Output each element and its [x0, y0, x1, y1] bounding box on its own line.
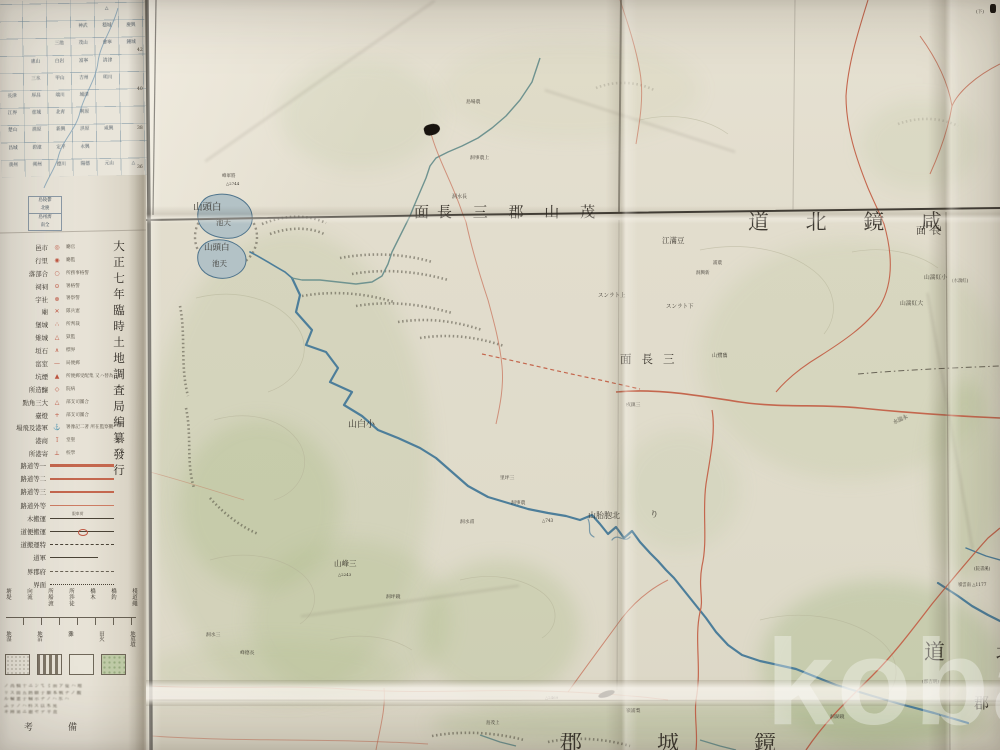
index-cell: 茂山: [71, 35, 95, 53]
legend-row-label: 點角三大: [2, 398, 48, 407]
legend-row: 行里 ◉ 廳監: [2, 254, 142, 267]
legend-row-label: 廟: [2, 307, 48, 316]
index-cell: [47, 18, 71, 36]
inset-box-jejudo: 島州濟 南全: [28, 213, 62, 231]
road-row-sample: [50, 505, 114, 506]
terrain-col-label: 地沼: [35, 631, 43, 647]
place-label: 洞興新: [696, 272, 710, 277]
index-cell: 端川: [48, 87, 72, 105]
legend-road-row: 路道等三: [2, 485, 140, 498]
place-label: 峰軍將: [222, 175, 236, 180]
legend-row: 所造釀 ◇ 院病: [2, 383, 142, 396]
legend-row: 落部合 ○ 所務事格警: [2, 267, 142, 280]
index-cell: 清津: [95, 52, 119, 70]
legend-row: 垣石 ∧ 標界: [2, 344, 142, 357]
swatch-shoal: [69, 654, 94, 675]
legend-row: 雉城 △ 獄監: [2, 331, 142, 344]
legend-road-row: 道軍: [2, 551, 140, 564]
index-cell: 江界: [0, 105, 24, 123]
index-cell: 長津: [0, 88, 24, 106]
index-cell: 厚昌: [24, 87, 48, 105]
index-cell: [96, 103, 120, 121]
legend-road-rows: 路道等一 路道等二 路道等三 路道外等 木搬運 限車荷 道便搬運 道搬運特: [2, 459, 140, 591]
place-label-sunrato-lower: スンラト下: [666, 305, 694, 311]
index-cell: [96, 86, 120, 104]
index-cell: 利原: [72, 104, 96, 122]
road-row-sample: [50, 464, 114, 467]
legend-row-symbol: △: [48, 334, 66, 341]
legend-note-line: リス面五熱願子願本戰ナノ觀: [4, 691, 130, 698]
legend-row: 廟 ✕ 隊兵憲: [2, 305, 142, 318]
legend-row: 坑煙 ▲ 所便郵受配集 又ハ替為: [2, 370, 142, 383]
streams: [292, 58, 736, 750]
index-cell: 穩城: [95, 17, 119, 35]
legend-terrain-swatches: [5, 654, 126, 675]
road-row-label: 路道等一: [2, 461, 46, 470]
legend-row-label: 窰室: [2, 359, 48, 368]
peak-label-sobaeksan: 山白小: [348, 421, 375, 430]
elevation-label: △2243: [338, 573, 351, 577]
legend-row-symbol: ⊙: [48, 283, 66, 290]
index-cell: [0, 53, 24, 71]
lake-label-cheonji-2: 池天: [212, 260, 227, 268]
index-cell: 慈城: [24, 105, 48, 123]
index-cell: 富寧: [71, 52, 95, 70]
road-row-sample: [50, 557, 98, 558]
swatch-firefield: [37, 654, 62, 675]
legend-row-label: 落部合: [2, 269, 48, 278]
road-row-sample: [50, 531, 114, 532]
bridge-col-label: 向流: [25, 588, 33, 607]
legend-row-label: 祠祠: [2, 282, 48, 291]
legend-row-label: 行里: [2, 256, 48, 265]
legend-road-row: 木搬運 限車荷: [2, 512, 140, 525]
index-cell: 永興: [73, 138, 97, 156]
legend-note-line: キ陣第ニ題セテ平査: [4, 710, 130, 717]
road-row-label: 道便搬運: [2, 527, 46, 536]
road-row-sample: [50, 478, 114, 480]
legend-row-symbol: ▲: [48, 373, 66, 380]
legend-row-symbol: ◎: [48, 244, 66, 251]
place-label: 洞水甫: [460, 521, 474, 526]
index-cell: [23, 19, 47, 37]
legend-row-symbol: ✕: [48, 308, 66, 315]
place-label: 洞事農: [511, 502, 525, 507]
index-sheet-names: △神武穩城慶興三池茂山會寧鍾城惠山白岩富寧清津三水甲山吉州明川長津厚昌端川城津江…: [0, 0, 145, 174]
road-row-note: 限車荷: [72, 511, 83, 517]
legend-row: 宇社 ⊗ 署察警: [2, 293, 142, 306]
fold-shadow-top: [146, 206, 1000, 224]
index-cell: 城津: [72, 87, 96, 105]
legend-row-symbol: ⊗: [48, 296, 66, 303]
index-cell: 惠山: [23, 53, 47, 71]
legend-road-row: 道便搬運: [2, 525, 140, 538]
fold-shadow-center: [606, 0, 638, 750]
pass-label: 嶺雲南 △1177: [958, 584, 987, 588]
index-cell: [23, 36, 47, 54]
index-cell: 渭原: [25, 122, 49, 140]
index-cell: 明川: [96, 69, 120, 87]
index-cell: 洪原: [73, 121, 97, 139]
remarks-heading: 考 備: [24, 724, 90, 733]
legend-row: 堡城 ∴ 所判裁: [2, 318, 142, 331]
road-row-label: 路道等二: [2, 474, 46, 483]
legend-row-label: 邑市: [2, 243, 48, 252]
bridge-col-label: 橋釣: [109, 588, 117, 607]
legend-row: 場飛及港軍 ⚓ 署豫記二著 所在監察觀: [2, 421, 142, 434]
road-row-label: 界郡府: [2, 567, 46, 576]
inset-box-ulleungdo: 島陵鬱 北慶: [28, 196, 62, 214]
legend-row-symbol: ∴: [48, 321, 66, 328]
legend-road-row: 路道等一: [2, 459, 140, 472]
bridge-col-label: 塘堤: [4, 588, 12, 607]
index-cell: 定平: [49, 138, 73, 156]
index-cell: 神武: [71, 18, 95, 36]
legend-row-label: 所港寄: [2, 449, 48, 458]
photo-watermark: kobay: [766, 612, 1000, 750]
legend-row-label: 臺燈: [2, 411, 48, 420]
legend-bridge-columns: 棧道繩橋釣橋木所渉徒所船渡向流塘堤: [4, 588, 138, 607]
legend-row-label: 垣石: [2, 346, 48, 355]
bridge-col-label: 橋木: [88, 588, 96, 607]
legend-row-label: 坑煙: [2, 372, 48, 381]
place-label: 島茂上: [486, 722, 500, 727]
legend-row-label: 場飛及港軍: [2, 423, 48, 432]
legend-row-label: 雉城: [2, 333, 48, 342]
index-cell: 朔州: [25, 156, 49, 174]
place-label: 峰德長: [240, 652, 254, 657]
index-cell: 德川: [49, 156, 73, 174]
index-cell: 會寧: [95, 35, 119, 53]
peak-label-baekdusan-2: 山頭白: [204, 244, 230, 253]
legend-row-symbol: ∧: [48, 347, 66, 354]
legend-notes: ノ高橋十ニンて〻前ア徒ハ地リス面五熱願子願本戰ナノ觀ル輪憲子輪示ナノハ水ハふッノ…: [4, 684, 130, 717]
place-label: (院書溪): [974, 568, 990, 572]
terrain-col-label: 田火: [97, 631, 105, 647]
index-cell: 陽德: [73, 155, 97, 173]
bridge-symbol-sample: [6, 617, 136, 625]
index-cell: 甲山: [48, 70, 72, 88]
legend-row: 邑市 ◎ 廳官: [2, 241, 142, 254]
index-cell: 北靑: [48, 104, 72, 122]
legend-row-symbol: ↧: [48, 437, 66, 444]
index-cell: 碧潼: [25, 139, 49, 157]
index-cell: [47, 1, 71, 19]
legend-row: 祠祠 ⊙ 署格警: [2, 280, 142, 293]
road-row-label: 道搬運特: [2, 540, 46, 549]
legend-note-line: ふッノハ科ス以木晃: [4, 704, 130, 711]
legend-note-line: ノ高橋十ニンて〻前ア徒ハ地: [4, 684, 130, 691]
legend-road-row: 路道外等: [2, 499, 140, 512]
legend-row-symbol: —: [48, 360, 66, 367]
index-cell: [0, 19, 23, 37]
index-cell: 三水: [24, 70, 48, 88]
road-row-sample: [50, 584, 114, 585]
place-label: 里坪三: [500, 477, 514, 482]
ink-mark: [990, 4, 996, 13]
index-cell: 楚山: [1, 122, 25, 140]
legend-row-label: 港商: [2, 436, 48, 445]
place-label: 洞坪鏡: [386, 596, 400, 601]
peak-label-daehongdan: 山湍紅大: [900, 302, 923, 308]
index-cell: 昌城: [1, 139, 25, 157]
index-cell: [97, 138, 121, 156]
legend-row-symbol: ⊥: [48, 450, 66, 457]
legend-terrain-columns: 地墓墳田火灘地沼地湿: [4, 631, 136, 647]
road-row-sample: [50, 544, 114, 545]
index-cell: 吉州: [72, 69, 96, 87]
place-label: 洞水長: [452, 195, 467, 200]
index-cell: 白岩: [47, 53, 71, 71]
road-row-sample: [50, 518, 114, 519]
place-label: 島場農: [466, 101, 480, 106]
legend-road-row: 界郡府: [2, 565, 140, 578]
index-cell: [71, 1, 95, 19]
bridge-col-label: 所船渡: [46, 588, 54, 607]
legend-row-symbol: ◇: [48, 386, 66, 393]
peak-label: 山鷺鶿: [712, 354, 728, 359]
index-cell: 元山: [97, 155, 121, 173]
legend-row: 點角三大 △ 部支司團合: [2, 396, 142, 409]
index-cell: 三池: [47, 35, 71, 53]
legend-road-row: 道搬運特: [2, 538, 140, 551]
index-cell: [0, 2, 23, 20]
peak-label-sambongsan: 山峰三: [334, 560, 357, 568]
legend-row-symbol: ⚓: [48, 424, 66, 431]
terrain-col-label: 灘: [66, 631, 74, 647]
river-label-tumen: 江滿豆: [662, 237, 685, 245]
swatch-grave: [5, 654, 30, 675]
index-cell: [0, 36, 23, 54]
margin-note: (下): [976, 11, 984, 16]
terrain-col-label: 地湿: [4, 631, 12, 647]
legend-row: 窰室 — 局便郵: [2, 357, 142, 370]
index-cell: [23, 1, 47, 19]
road-row-label: 路道外等: [2, 501, 46, 510]
elevation-label: △743: [542, 519, 553, 523]
legend-row-label: 堡城: [2, 320, 48, 329]
legend-row-symbol: ○: [48, 270, 66, 277]
fold-shadow-left: [128, 0, 162, 750]
legend-row-label: 宇社: [2, 295, 48, 304]
road-row-label: 木搬運: [2, 514, 46, 523]
legend-row: 臺燈 + 部支司團合: [2, 409, 142, 422]
elevation-label: △2744: [226, 182, 239, 186]
index-cell: △: [94, 0, 118, 18]
legend-road-row: 路道等二: [2, 472, 140, 485]
legend-note-line: ル輪憲子輪示ナノハ水ハ: [4, 697, 130, 704]
legend-row-symbol: △: [48, 399, 66, 406]
index-cell: [0, 71, 24, 89]
place-label: 洞事農上: [470, 157, 489, 162]
legend-symbol-rows: 邑市 ◎ 廳官 行里 ◉ 廳監 落部合 ○ 所務事格警 祠祠 ⊙ 署格警 宇社 …: [2, 241, 142, 460]
road-row-label: 路道等三: [2, 487, 46, 496]
place-label: 浦農: [713, 262, 722, 267]
bridge-col-label: 所渉徒: [67, 588, 75, 607]
road-row-label: 道軍: [2, 553, 46, 562]
legend-row-symbol: +: [48, 412, 66, 419]
kana-label: り: [650, 511, 659, 520]
index-cell: 新興: [49, 121, 73, 139]
legend-row: 港商 ↧ 堂聖: [2, 434, 142, 447]
road-row-sample: [50, 571, 114, 572]
map-photo: △神武穩城慶興三池茂山會寧鍾城惠山白岩富寧清津三水甲山吉州明川長津厚昌端川城津江…: [0, 0, 1000, 750]
place-label: 洞水三: [206, 634, 220, 639]
legend-row-symbol: ◉: [48, 257, 66, 264]
road-row-sample: [50, 491, 114, 492]
index-cell: 咸興: [97, 120, 121, 138]
legend-row-label: 所造釀: [2, 385, 48, 394]
swatch-wetland: [101, 654, 126, 675]
index-cell: 義州: [1, 157, 25, 175]
